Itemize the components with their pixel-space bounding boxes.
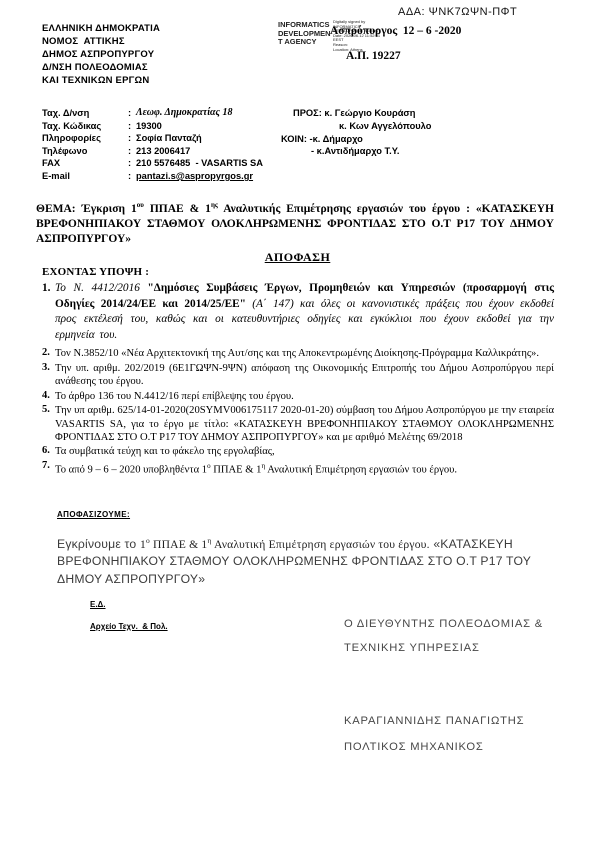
list-item: 2. Τον Ν.3852/10 «Νέα Αρχιτεκτονική της …: [42, 347, 554, 360]
list-item-text: Το Ν. 4412/2016 "Δημόσιες Συμβάσεις Έργω…: [55, 281, 554, 343]
approval-serif-text: 1ο ΠΠΑΕ & 1η Αναλυτική Επιμέτρηση εργασι…: [140, 538, 430, 551]
list-item-text: Τα συμβατικά τεύχη και το φάκελο της εργ…: [55, 445, 554, 458]
recipient-line: ΠΡΟΣ: κ. Γεώργιο Κουράση: [281, 107, 431, 120]
recipient-line: κ. Κων Αγγελόπουλο: [281, 120, 431, 133]
list-item: 6. Τα συμβατικά τεύχη και το φάκελο της …: [42, 445, 554, 458]
archive-note: Αρχείο Τεχν. & Πολ.: [90, 622, 168, 631]
internal-distribution-label: Ε.Δ.: [90, 600, 106, 609]
list-item-text: Την υπ αριθμ. 625/14-01-2020(20SYMV00617…: [55, 404, 554, 444]
authority-line: ΕΛΛΗΝΙΚΗ ΔΗΜΟΚΡΑΤΙΑ: [42, 22, 160, 35]
city-date: Ασπρόπυργος 12 – 6 -2020: [330, 25, 461, 37]
contact-row: Τηλέφωνο : 213 2006417: [42, 145, 263, 158]
contact-colon: :: [128, 157, 136, 170]
list-item-number: 6.: [42, 445, 55, 458]
director-title-line: ΤΕΧΝΙΚΗΣ ΥΠΗΡΕΣΙΑΣ: [344, 636, 543, 660]
list-item-segment: Το από 9 – 6 – 2020 υποβληθέντα 1: [55, 465, 207, 476]
decide-heading: ΑΠΟΦΑΣΙΖΟΥΜΕ:: [57, 510, 130, 519]
approval-segment: Αναλυτική Επιμέτρηση εργασιών του έργου.: [212, 538, 430, 551]
contact-colon: :: [128, 170, 136, 183]
subject-label: ΘΕΜΑ:: [36, 203, 76, 215]
list-item-number: 2.: [42, 347, 55, 360]
list-item-number: 5.: [42, 404, 55, 444]
list-item-text: Το άρθρο 136 του Ν.4412/16 περί επίβλεψη…: [55, 390, 554, 403]
contact-row: FAX : 210 5576485 - VASARTIS SA: [42, 157, 263, 170]
authority-header: ΕΛΛΗΝΙΚΗ ΔΗΜΟΚΡΑΤΙΑ ΝΟΜΟΣ ΑΤΤΙΚΗΣ ΔΗΜΟΣ …: [42, 22, 160, 87]
having-regard-heading: ΕΧΟΝΤΑΣ ΥΠΟΨΗ :: [42, 266, 149, 278]
authority-line: Δ/ΝΣΗ ΠΟΛΕΟΔΟΜΙΑΣ: [42, 61, 160, 74]
list-item-number: 1.: [42, 281, 55, 343]
authority-line: ΔΗΜΟΣ ΑΣΠΡΟΠΥΡΓΟΥ: [42, 48, 160, 61]
contact-value: Σοφία Πανταζή: [136, 132, 202, 145]
recipient-line: - κ.Αντιδήμαρχο Τ.Υ.: [281, 145, 431, 158]
contact-label: Πληροφορίες: [42, 132, 128, 145]
contact-value: 19300: [136, 120, 162, 133]
recipient-line: ΚΟΙΝ: -κ. Δήμαρχο: [281, 133, 431, 146]
list-item: 3. Την υπ. αριθμ. 202/2019 (6Ε1ΓΩΨΝ-9ΨΝ)…: [42, 362, 554, 388]
legal-basis-list: 1. Το Ν. 4412/2016 "Δημόσιες Συμβάσεις Έ…: [42, 281, 554, 478]
contact-value: 210 5576485 - VASARTIS SA: [136, 157, 263, 170]
ada-code: ΑΔΑ: ΨΝΚ7ΩΨΝ-ΠΦΤ: [398, 6, 517, 18]
authority-line: ΝΟΜΟΣ ΑΤΤΙΚΗΣ: [42, 35, 160, 48]
email-link[interactable]: pantazi.s@aspropyrgos.gr: [136, 170, 253, 183]
subject-paragraph: ΘΕΜΑ: Έγκριση 1ου ΠΠΑΕ & 1ης Αναλυτικής …: [36, 198, 554, 247]
recipients-block: ΠΡΟΣ: κ. Γεώργιο Κουράση κ. Κων Αγγελόπο…: [281, 107, 431, 158]
list-item-number: 3.: [42, 362, 55, 388]
contact-label: Τηλέφωνο: [42, 145, 128, 158]
list-item-number: 7.: [42, 460, 55, 477]
protocol-number: Α.Π. 19227: [346, 50, 401, 62]
approval-segment: ΠΠΑΕ & 1: [150, 538, 208, 551]
list-item-number: 4.: [42, 390, 55, 403]
contact-row: E-mail : pantazi.s@aspropyrgos.gr: [42, 170, 263, 183]
signer-role: ΠΟΛΤΙΚΟΣ ΜΗΧΑΝΙΚΟΣ: [344, 734, 524, 760]
contact-value: Λεωφ. Δημοκρατίας 18: [136, 107, 233, 120]
contact-colon: :: [128, 107, 136, 120]
list-item: 1. Το Ν. 4412/2016 "Δημόσιες Συμβάσεις Έ…: [42, 281, 554, 343]
authority-line: ΚΑΙ ΤΕΧΝΙΚΩΝ ΕΡΓΩΝ: [42, 74, 160, 87]
subject-text: Έγκριση 1: [76, 203, 137, 215]
director-title-line: Ο ΔΙΕΥΘΥΝΤΗΣ ΠΟΛΕΟΔΟΜΙΑΣ &: [344, 612, 543, 636]
contact-label: E-mail: [42, 170, 128, 183]
approval-text: Εγκρίνουμε το: [57, 537, 140, 551]
contact-value: 213 2006417: [136, 145, 190, 158]
list-item-text: Τον Ν.3852/10 «Νέα Αρχιτεκτονική της Αυτ…: [55, 347, 554, 360]
decision-heading: ΑΠΟΦΑΣΗ: [0, 250, 595, 265]
signer-name: ΚΑΡΑΓΙΑΝΝΙΔΗΣ ΠΑΝΑΓΙΩΤΗΣ: [344, 708, 524, 734]
stamp-agency-line: T AGENCY: [278, 38, 340, 47]
contact-row: Ταχ. Κώδικας : 19300: [42, 120, 263, 133]
list-item-text: Την υπ. αριθμ. 202/2019 (6Ε1ΓΩΨΝ-9ΨΝ) απ…: [55, 362, 554, 388]
contact-colon: :: [128, 132, 136, 145]
subject-text: ΠΠΑΕ & 1: [144, 203, 211, 215]
signer-block: ΚΑΡΑΓΙΑΝΝΙΔΗΣ ΠΑΝΑΓΙΩΤΗΣ ΠΟΛΤΙΚΟΣ ΜΗΧΑΝΙ…: [344, 708, 524, 760]
subject-superscript: ης: [211, 201, 218, 209]
contact-row: Πληροφορίες : Σοφία Πανταζή: [42, 132, 263, 145]
contact-row: Ταχ. Δ/νση : Λεωφ. Δημοκρατίας 18: [42, 107, 263, 120]
list-item: 7. Το από 9 – 6 – 2020 υποβληθέντα 1ο ΠΠ…: [42, 460, 554, 477]
subject-superscript: ου: [137, 201, 144, 209]
list-item-segment: ΠΠΑΕ & 1: [211, 465, 262, 476]
list-item: 4. Το άρθρο 136 του Ν.4412/16 περί επίβλ…: [42, 390, 554, 403]
contact-label: FAX: [42, 157, 128, 170]
document-page: ΑΔΑ: ΨΝΚ7ΩΨΝ-ΠΦΤ ΕΛΛΗΝΙΚΗ ΔΗΜΟΚΡΑΤΙΑ ΝΟΜ…: [0, 0, 595, 842]
contact-colon: :: [128, 145, 136, 158]
contact-label: Ταχ. Κώδικας: [42, 120, 128, 133]
list-item: 5. Την υπ αριθμ. 625/14-01-2020(20SYMV00…: [42, 404, 554, 444]
contact-block: Ταχ. Δ/νση : Λεωφ. Δημοκρατίας 18 Ταχ. Κ…: [42, 107, 263, 183]
director-title-block: Ο ΔΙΕΥΘΥΝΤΗΣ ΠΟΛΕΟΔΟΜΙΑΣ & ΤΕΧΝΙΚΗΣ ΥΠΗΡ…: [344, 612, 543, 660]
list-item-segment: Αναλυτική Επιμέτρηση εργασιών του έργου.: [265, 465, 457, 476]
list-item-segment: Το Ν. 4412/2016: [55, 282, 148, 294]
list-item-text: Το από 9 – 6 – 2020 υποβληθέντα 1ο ΠΠΑΕ …: [55, 460, 554, 477]
contact-label: Ταχ. Δ/νση: [42, 107, 128, 120]
approval-paragraph: Εγκρίνουμε το 1ο ΠΠΑΕ & 1η Αναλυτική Επι…: [57, 532, 539, 588]
contact-colon: :: [128, 120, 136, 133]
